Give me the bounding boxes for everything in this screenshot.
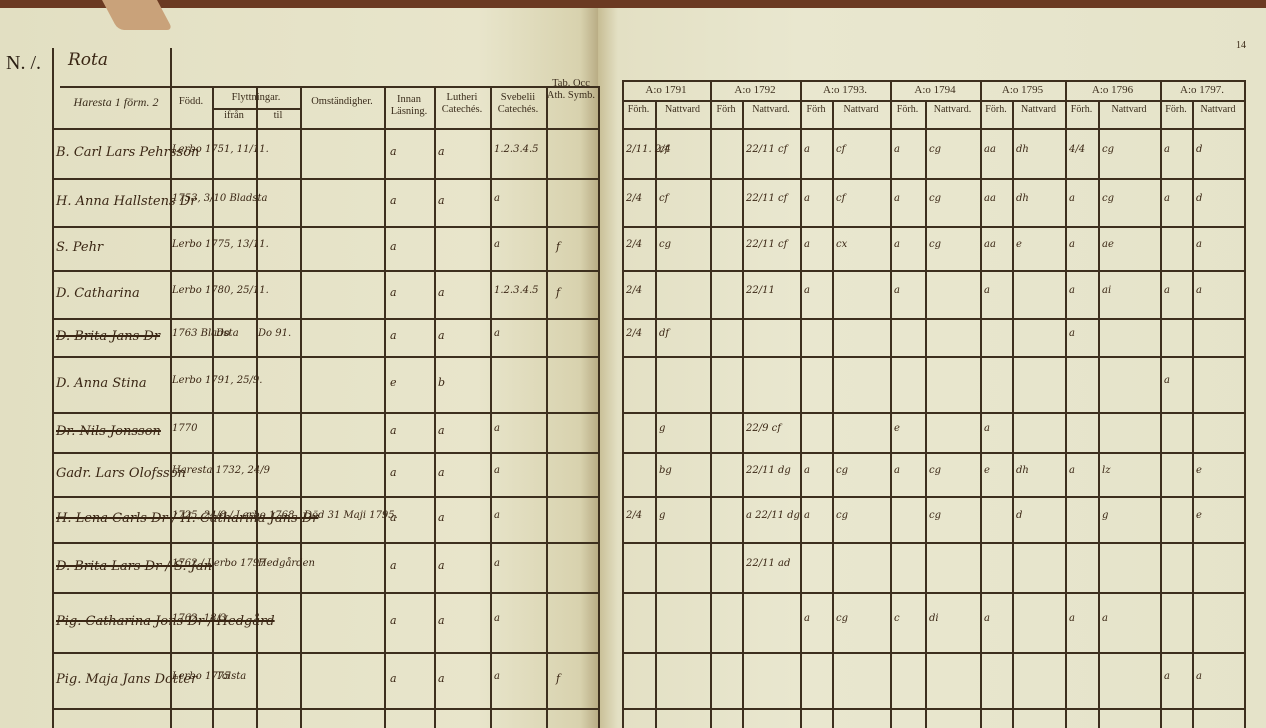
reading-mark: a (390, 614, 430, 627)
forhor-mark: 2/4 (626, 194, 653, 204)
nattvard-mark: e (1196, 511, 1242, 521)
nattvard-mark: 22/9 cf (746, 424, 798, 434)
bookmark-strip (102, 0, 173, 30)
moved-to: Do 91. (258, 329, 300, 339)
forhor-mark: a (1164, 672, 1190, 682)
reading-mark: a (390, 145, 430, 158)
header-forhor: Förh. (1065, 104, 1098, 116)
header-forhor: Förh (800, 104, 832, 116)
luther-mark: a (438, 424, 486, 437)
rule-horizontal (622, 100, 1244, 102)
forhor-mark: a (894, 466, 923, 476)
forhor-mark: a (1069, 286, 1096, 296)
rule-horizontal (52, 592, 598, 594)
nattvard-mark: e (1196, 466, 1242, 476)
forhor-mark: a (1164, 376, 1190, 386)
person-name: Pig. Maja Jans Dotter (56, 672, 170, 687)
forhor-mark: 2/4 (626, 329, 653, 339)
header-forhor: Förh. (622, 104, 655, 116)
forhor-mark: a (984, 424, 1010, 434)
forhor-mark: e (984, 466, 1010, 476)
nattvard-mark: 22/11 cf (746, 194, 798, 204)
tab-mark: f (556, 286, 594, 299)
nattvard-mark: d (1016, 511, 1063, 521)
rule-vertical (800, 80, 802, 728)
birth-date: Lerbo 1775 (172, 672, 212, 682)
header-household: Haresta 1 förm. 2 (62, 96, 170, 108)
svebelii-mark: a (494, 672, 544, 682)
rule-horizontal (52, 226, 598, 228)
forhor-mark: 2/11. 2/4 (626, 145, 653, 155)
nattvard-mark: 22/11 ad (746, 559, 798, 569)
header-born: Född. (170, 96, 212, 108)
rule-horizontal (622, 496, 1244, 498)
forhor-mark: a (804, 466, 830, 476)
rule-horizontal (52, 496, 598, 498)
header-nattvard: Nattvard (1012, 104, 1065, 116)
nattvard-mark: dh (1016, 194, 1063, 204)
year-label: A:o 1797. (1160, 84, 1244, 96)
header-forhor: Förh (710, 104, 742, 116)
header-forhor: Förh. (890, 104, 925, 116)
rule-vertical (980, 80, 982, 728)
rule-vertical (1012, 100, 1014, 728)
rule-horizontal (52, 128, 598, 130)
rule-vertical (742, 100, 744, 728)
svebelii-mark: 1.2.3.4.5 (494, 286, 544, 296)
nattvard-mark: d (1196, 145, 1242, 155)
rule-vertical (384, 86, 386, 728)
forhor-mark: a (894, 194, 923, 204)
reading-mark: a (390, 240, 430, 253)
rule-vertical (655, 100, 657, 728)
nattvard-mark: cg (929, 145, 978, 155)
rule-vertical (434, 86, 436, 728)
forhor-mark: a (804, 511, 830, 521)
forhor-mark: a (804, 286, 830, 296)
forhor-mark: 2/4 (626, 286, 653, 296)
person-name: Gadr. Lars Olofsson (56, 466, 170, 481)
forhor-mark: a (1164, 145, 1190, 155)
person-name: D. Anna Stina (56, 376, 170, 391)
forhor-mark: a (1069, 240, 1096, 250)
luther-mark: a (438, 194, 486, 207)
rule-vertical (52, 48, 54, 728)
svebelii-mark: a (494, 466, 544, 476)
rota-label: Rota (68, 50, 108, 70)
luther-mark: a (438, 286, 486, 299)
nattvard-mark: cf (836, 194, 888, 204)
tab-mark: f (556, 240, 594, 253)
luther-mark: a (438, 511, 486, 524)
nattvard-mark: ai (1102, 286, 1158, 296)
forhor-mark: a (804, 145, 830, 155)
nattvard-mark: cg (929, 240, 978, 250)
svebelii-mark: a (494, 240, 544, 250)
nattvard-mark: a 22/11 dg (746, 511, 798, 521)
person-name: B. Carl Lars Pehrsson (56, 145, 170, 160)
nattvard-mark: ae (1102, 240, 1158, 250)
forhor-mark: a (894, 240, 923, 250)
reading-mark: e (390, 376, 430, 389)
nattvard-mark: a (1196, 672, 1242, 682)
nattvard-mark: 22/11 cf (746, 145, 798, 155)
nattvard-mark: 22/11 dg (746, 466, 798, 476)
header-moves-to: til (256, 110, 300, 122)
header-moves: Flyttningar. (212, 92, 300, 104)
forhor-mark: a (804, 194, 830, 204)
nattvard-mark: cg (929, 466, 978, 476)
forhor-mark: aa (984, 240, 1010, 250)
year-label: A:o 1794 (890, 84, 980, 96)
nattvard-mark: cg (836, 614, 888, 624)
birth-date: Haresta 1732, 24/9 (172, 466, 212, 476)
rule-horizontal (622, 356, 1244, 358)
luther-mark: a (438, 614, 486, 627)
header-luther: Lutheri Catechés. (434, 92, 490, 116)
page-number: 14 (1236, 40, 1246, 51)
rule-horizontal (622, 128, 1244, 130)
svebelii-mark: a (494, 559, 544, 569)
moved-from: Tolsta (216, 672, 256, 682)
nattvard-mark: 22/11 (746, 286, 798, 296)
rule-horizontal (52, 452, 598, 454)
forhor-mark: a (804, 614, 830, 624)
nattvard-mark: cg (659, 240, 708, 250)
nattvard-mark: dh (1016, 145, 1063, 155)
svebelii-mark: 1.2.3.4.5 (494, 145, 544, 155)
svebelii-mark: a (494, 329, 544, 339)
svebelii-mark: a (494, 614, 544, 624)
rule-vertical (890, 80, 892, 728)
nattvard-mark: a (1102, 614, 1158, 624)
rule-horizontal (52, 708, 598, 710)
rule-horizontal (622, 178, 1244, 180)
rule-vertical (925, 100, 927, 728)
nattvard-mark: cg (1102, 145, 1158, 155)
moved-from: Do (216, 329, 256, 339)
rule-horizontal (622, 708, 1244, 710)
rule-vertical (170, 86, 172, 728)
header-nattvard: Nattvard. (742, 104, 800, 116)
rule-vertical (1244, 80, 1246, 728)
rule-vertical (256, 86, 258, 728)
birth-date: 1753, 3/10 Bladsta (172, 194, 212, 204)
birth-date: Lerbo 1780, 25/11. (172, 286, 212, 296)
rule-horizontal (622, 542, 1244, 544)
forhor-mark: a (1069, 194, 1096, 204)
rule-horizontal (52, 356, 598, 358)
reading-mark: a (390, 194, 430, 207)
rule-horizontal (52, 270, 598, 272)
nattvard-mark: cf (659, 194, 708, 204)
person-name: S. Pehr (56, 240, 170, 255)
svebelii-mark: a (494, 424, 544, 434)
forhor-mark: aa (984, 194, 1010, 204)
rule-vertical (622, 80, 624, 728)
nattvard-mark: dh (1016, 466, 1063, 476)
header-forhor: Förh. (1160, 104, 1192, 116)
forhor-mark: a (1069, 466, 1096, 476)
header-circumstances: Omständigher. (300, 96, 384, 108)
reading-mark: a (390, 511, 430, 524)
nattvard-mark: 22/11 cf (746, 240, 798, 250)
nattvard-mark: cg (929, 511, 978, 521)
nattvard-mark: a (1196, 286, 1242, 296)
person-name: Pig. Catharina Jons Dr / Hedgård (56, 614, 170, 629)
forhor-mark: e (894, 424, 923, 434)
luther-mark: a (438, 559, 486, 572)
header-svebelii: Svebelii Catechés. (490, 92, 546, 116)
tab-mark: f (556, 672, 594, 685)
year-label: A:o 1793. (800, 84, 890, 96)
forhor-mark: c (894, 614, 923, 624)
reading-mark: a (390, 466, 430, 479)
nattvard-mark: cg (929, 194, 978, 204)
person-name: D. Catharina (56, 286, 170, 301)
header-nattvard: Nattvard (655, 104, 710, 116)
birth-date: 1763 Bladsta (172, 329, 212, 339)
nattvard-mark: cx (836, 240, 888, 250)
rule-horizontal (622, 412, 1244, 414)
person-name: D. Brita Jans Dr (56, 329, 170, 344)
birth-date: 1725, 24/8 / Lerbo 1768 (172, 511, 212, 521)
header-moves-from: ifrån (212, 110, 256, 122)
nattvard-mark: di (929, 614, 978, 624)
rule-vertical (1160, 80, 1162, 728)
forhor-mark: a (894, 286, 923, 296)
birth-date: Lerbo 1751, 11/11. (172, 145, 212, 155)
rule-horizontal (52, 542, 598, 544)
header-tab: Tab. Occ Ath. Symb. (546, 78, 596, 102)
rule-horizontal (52, 652, 598, 654)
person-name: D. Brita Lars Dr / S. Jan (56, 559, 170, 574)
birth-date: 1762, 18/3. (172, 614, 212, 624)
moved-to: Hedgården (258, 559, 300, 569)
rule-vertical (1192, 100, 1194, 728)
forhor-mark: a (1164, 194, 1190, 204)
header-nattvard: Nattvard (1192, 104, 1244, 116)
nattvard-mark: g (1102, 511, 1158, 521)
reading-mark: a (390, 424, 430, 437)
nattvard-mark: cf (659, 145, 708, 155)
rule-vertical (546, 86, 548, 728)
year-label: A:o 1792 (710, 84, 800, 96)
svebelii-mark: a (494, 194, 544, 204)
person-name: Dr. Nils Jonsson (56, 424, 170, 439)
forhor-mark: a (1164, 286, 1190, 296)
register-number: N. /. (6, 52, 41, 75)
rule-horizontal (622, 80, 1244, 82)
rule-vertical (598, 86, 600, 728)
nattvard-mark: bg (659, 466, 708, 476)
rule-horizontal (622, 270, 1244, 272)
rule-horizontal (52, 412, 598, 414)
rule-vertical (710, 80, 712, 728)
forhor-mark: a (984, 614, 1010, 624)
header-nattvard: Nattvard. (925, 104, 980, 116)
luther-mark: a (438, 145, 486, 158)
forhor-mark: a (1069, 329, 1096, 339)
rule-horizontal (52, 318, 598, 320)
rule-vertical (1098, 100, 1100, 728)
nattvard-mark: cf (836, 145, 888, 155)
year-label: A:o 1796 (1065, 84, 1160, 96)
rule-horizontal (622, 592, 1244, 594)
forhor-mark: aa (984, 145, 1010, 155)
nattvard-mark: cg (836, 466, 888, 476)
header-nattvard: Nattvard (832, 104, 890, 116)
luther-mark: b (438, 376, 486, 389)
forhor-mark: 2/4 (626, 511, 653, 521)
circumstances: Död 31 Maji 1795. (304, 511, 384, 521)
forhor-mark: a (804, 240, 830, 250)
rule-horizontal (52, 178, 598, 180)
birth-date: 1762 / Lerbo 1797 (172, 559, 212, 569)
header-nattvard: Nattvard (1098, 104, 1160, 116)
header-reading: Innan Läsning. (384, 94, 434, 118)
luther-mark: a (438, 672, 486, 685)
forhor-mark: 4/4 (1069, 145, 1096, 155)
rule-horizontal (622, 226, 1244, 228)
birth-date: 1770 (172, 424, 212, 434)
nattvard-mark: df (659, 329, 708, 339)
nattvard-mark: cg (1102, 194, 1158, 204)
person-name: H. Anna Hallstens Dr (56, 194, 170, 209)
year-label: A:o 1791 (622, 84, 710, 96)
nattvard-mark: cg (836, 511, 888, 521)
reading-mark: a (390, 672, 430, 685)
forhor-mark: a (894, 145, 923, 155)
header-forhor: Förh. (980, 104, 1012, 116)
birth-date: Lerbo 1791, 25/9. (172, 376, 212, 386)
nattvard-mark: d (1196, 194, 1242, 204)
forhor-mark: a (1069, 614, 1096, 624)
forhor-mark: 2/4 (626, 240, 653, 250)
year-label: A:o 1795 (980, 84, 1065, 96)
rule-vertical (212, 86, 214, 728)
nattvard-mark: e (1016, 240, 1063, 250)
rule-horizontal (622, 452, 1244, 454)
svebelii-mark: a (494, 511, 544, 521)
person-name: H. Lena Carls Dr / H. Catharina Jans Dr (56, 511, 170, 526)
forhor-mark: a (984, 286, 1010, 296)
nattvard-mark: g (659, 424, 708, 434)
reading-mark: a (390, 559, 430, 572)
reading-mark: a (390, 329, 430, 342)
nattvard-mark: a (1196, 240, 1242, 250)
rule-horizontal (622, 652, 1244, 654)
luther-mark: a (438, 329, 486, 342)
rule-horizontal (622, 318, 1244, 320)
rule-vertical (300, 86, 302, 728)
rule-vertical (1065, 80, 1067, 728)
rule-horizontal (60, 86, 598, 88)
reading-mark: a (390, 286, 430, 299)
nattvard-mark: lz (1102, 466, 1158, 476)
luther-mark: a (438, 466, 486, 479)
birth-date: Lerbo 1775, 13/11. (172, 240, 212, 250)
nattvard-mark: g (659, 511, 708, 521)
rule-vertical (832, 100, 834, 728)
rule-vertical (490, 86, 492, 728)
